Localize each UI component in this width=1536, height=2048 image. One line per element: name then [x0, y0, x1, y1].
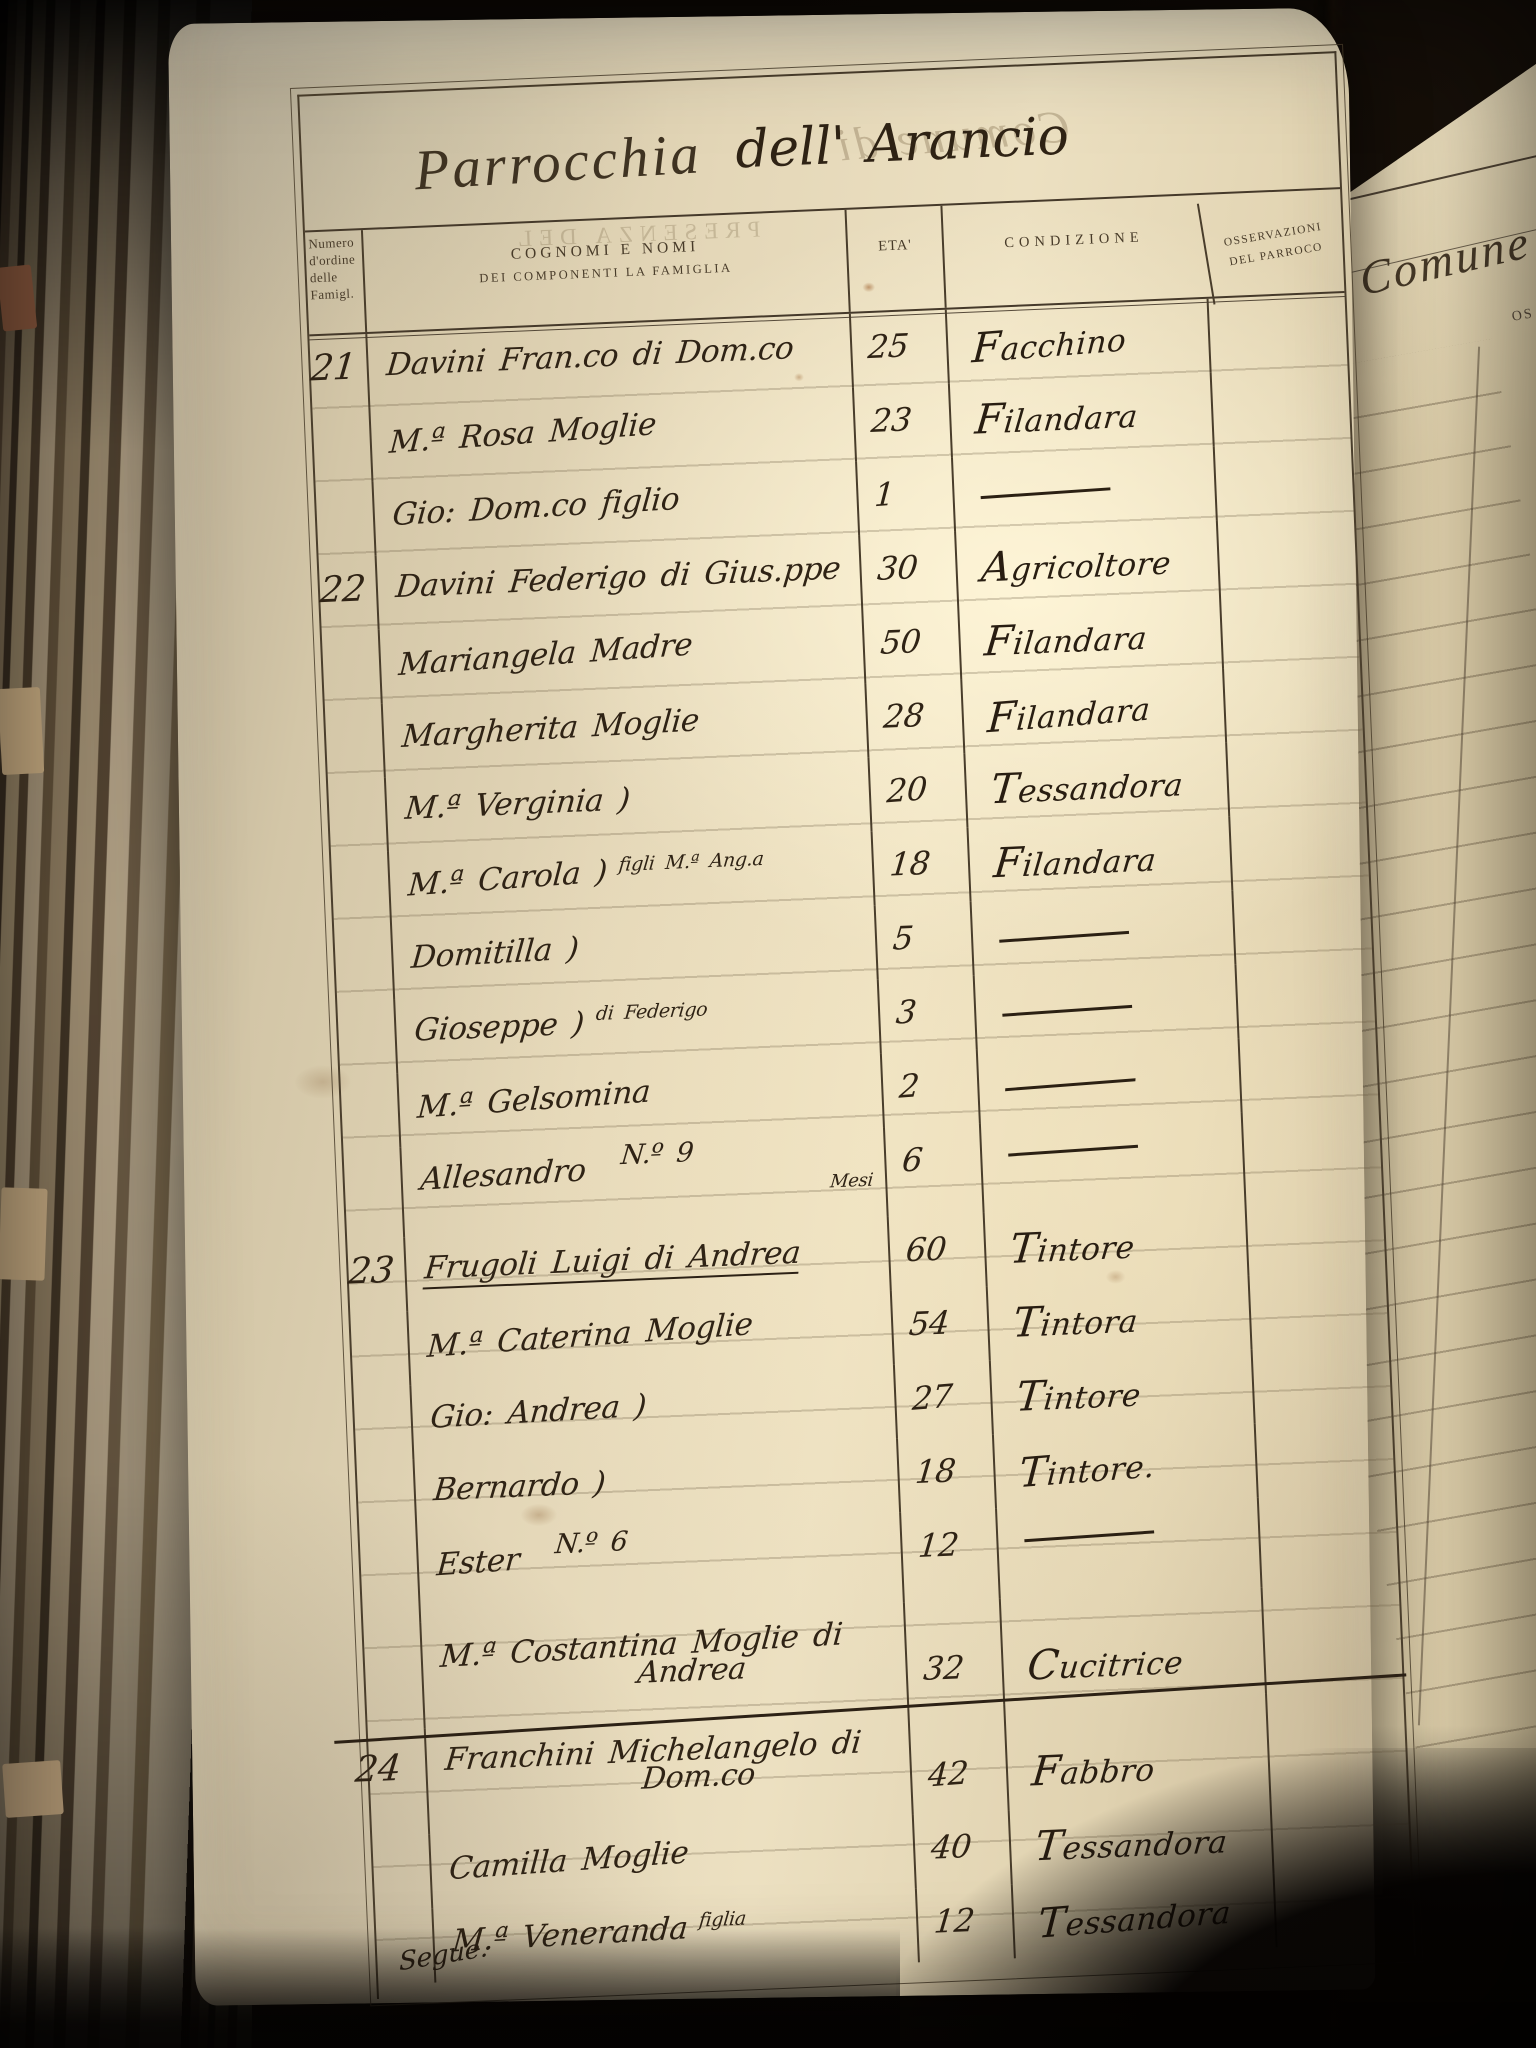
family-number: 23 — [347, 1250, 396, 1293]
page-title-handwritten: dell' Arancio — [734, 106, 1069, 180]
condition-cell: Tintore. — [992, 1424, 1257, 1509]
observations-cell — [1213, 441, 1354, 521]
age-value: 3 — [894, 993, 918, 1032]
age-cell: 18 — [896, 1435, 995, 1513]
age-value: 27 — [911, 1377, 954, 1418]
member-name: M.ª Caterina Moglie — [426, 1306, 754, 1365]
member-name-cell: Franchini Michelangelo di Dom.co — [424, 1709, 912, 1835]
family-number-cell — [322, 630, 381, 706]
family-number: 24 — [353, 1748, 402, 1791]
age-cell: 12 — [899, 1509, 999, 1603]
condition-value — [999, 931, 1129, 943]
member-name: Camilla Moglie — [448, 1834, 690, 1887]
age-value: 30 — [876, 548, 920, 588]
observations-cell — [1238, 1032, 1379, 1112]
member-name: Domitilla ) — [410, 930, 580, 976]
condition-cell — [951, 447, 1216, 532]
age-cell: 12 — [915, 1884, 1014, 1962]
member-name: Gioseppe ) — [413, 1005, 586, 1048]
condition-value: Filandara — [992, 832, 1159, 887]
torn-page-tab — [2, 1760, 64, 1818]
condition-value — [981, 487, 1111, 499]
age-value: 6 — [900, 1140, 924, 1179]
age-cell: 32 — [903, 1599, 1003, 1709]
condition-value: Fabbro — [1030, 1742, 1158, 1795]
family-number-cell — [360, 1533, 420, 1625]
member-name: M.ª Verginia ) — [403, 781, 631, 827]
age-cell: 27 — [893, 1361, 992, 1439]
member-name: M.ª Rosa Moglie — [388, 406, 657, 461]
member-name: Davini Federigo di Gius.ppe — [394, 550, 842, 605]
condition-cell: Fabbro — [1003, 1694, 1269, 1811]
member-name: Frugoli Luigi di Andrea — [423, 1235, 803, 1290]
observations-cell — [1234, 958, 1375, 1038]
observations-cell — [1244, 1196, 1385, 1276]
condition-value: Tintore — [1008, 1220, 1138, 1273]
register-rows: 21 Davini Fran.co di Dom.co 25 Facchino … — [309, 293, 1413, 1985]
age-cell: 60 — [887, 1213, 986, 1291]
family-number-cell — [328, 778, 387, 854]
condition-value: Filandara — [982, 610, 1149, 665]
age-cell: 40 — [912, 1810, 1011, 1888]
member-name: Gio: Andrea ) — [429, 1388, 648, 1436]
right-page-border-line — [1336, 147, 1536, 207]
condition-cell: Tintore — [983, 1202, 1248, 1287]
family-number-cell — [340, 1073, 399, 1149]
age-value: 2 — [898, 1066, 921, 1106]
observations-cell — [1257, 1492, 1399, 1588]
observations-cell — [1210, 367, 1351, 447]
right-page-observations-fragment: OS — [1511, 306, 1535, 326]
family-number-cell — [316, 482, 375, 558]
member-name: Allesandro — [419, 1152, 587, 1197]
family-number-cell: 24 — [368, 1729, 428, 1837]
family-number: 21 — [309, 346, 358, 389]
age-value: 28 — [882, 696, 926, 736]
family-number-cell: 22 — [319, 556, 378, 632]
age-value: 42 — [927, 1753, 970, 1794]
register-page: Comune di PRESENZA DEL Parrocchiadell' A… — [168, 8, 1376, 2006]
observations-cell — [1231, 885, 1372, 965]
age-cell: 42 — [907, 1705, 1007, 1815]
header-condition: CONDIZIONE — [940, 195, 1206, 308]
condition-cell: Tessandora — [963, 742, 1228, 827]
observations-cell — [1273, 1868, 1414, 1948]
age-cell: 30 — [858, 532, 957, 610]
observations-cell — [1207, 293, 1348, 373]
age-cell: 23 — [852, 384, 951, 462]
condition-cell: Filandara — [948, 373, 1213, 458]
age-value: 40 — [929, 1827, 973, 1867]
condition-cell: Tessandora — [1008, 1800, 1273, 1885]
condition-cell: Facchino — [945, 299, 1210, 384]
condition-value: Tintore — [1014, 1367, 1144, 1420]
right-page-heading: Comune — [1357, 214, 1534, 307]
family-number-cell — [331, 852, 390, 928]
member-name: Margherita Moglie — [400, 702, 700, 755]
condition-value: Cucitrice — [1025, 1635, 1186, 1690]
header-family-number: Numero d'ordine delle Famigl. — [305, 230, 365, 334]
condition-cell: Tessandora — [1011, 1873, 1276, 1958]
age-cell: 1 — [855, 458, 954, 536]
torn-page-tab — [0, 264, 37, 331]
age-value: 23 — [869, 400, 913, 440]
name-annotation: figli M.ª Ang.a — [617, 848, 764, 876]
register-table: Parrocchiadell' Arancio Numero d'ordine … — [297, 51, 1416, 1999]
member-name: Mariangela Madre — [397, 627, 693, 684]
age-cell: 20 — [867, 753, 966, 831]
condition-cell: Filandara — [957, 595, 1222, 680]
condition-cell — [973, 964, 1238, 1049]
observations-cell — [1228, 811, 1369, 891]
family-count-note: N.º 6 — [553, 1526, 628, 1560]
torn-page-tab — [0, 687, 44, 775]
family-number-cell — [325, 704, 384, 780]
condition-value — [1005, 1078, 1135, 1091]
condition-cell: Agricoltore — [954, 521, 1219, 606]
condition-cell: Filandara — [960, 668, 1225, 753]
family-number-cell: 21 — [309, 334, 368, 410]
age-value: 18 — [888, 844, 932, 884]
age-cell: 5 — [874, 901, 973, 979]
condition-cell: Filandara — [966, 816, 1231, 901]
age-value: 20 — [886, 769, 929, 810]
family-number-cell — [343, 1147, 403, 1239]
family-number-cell — [334, 926, 393, 1002]
age-value: 32 — [922, 1648, 966, 1688]
family-number-cell — [350, 1311, 409, 1387]
age-value: 25 — [866, 326, 910, 366]
torn-page-tab — [0, 1187, 48, 1281]
age-value: 18 — [914, 1451, 958, 1491]
age-cell: 50 — [861, 606, 960, 684]
condition-value: Facchino — [971, 312, 1128, 372]
condition-cell: Tintora — [986, 1276, 1251, 1361]
condition-cell — [995, 1498, 1261, 1599]
member-name: Ester — [435, 1541, 520, 1583]
condition-value: Tintora — [1011, 1293, 1141, 1346]
family-number-cell: 23 — [347, 1237, 406, 1313]
age-cell: 2 — [880, 1049, 979, 1127]
condition-value: Tessandora — [1033, 1814, 1230, 1870]
name-annotation: figlia — [698, 1907, 747, 1931]
observations-cell — [1241, 1106, 1383, 1202]
condition-value — [1002, 1005, 1132, 1017]
family-number-cell — [372, 1835, 431, 1911]
family-number-cell — [312, 408, 371, 484]
header-observations: OSSERVAZIONI DEL PARROCO — [1197, 181, 1350, 304]
condition-value: Tessandora — [989, 757, 1186, 813]
age-cell: 28 — [864, 679, 963, 757]
member-name: M.ª Carola ) — [407, 854, 608, 904]
age-value: 12 — [917, 1525, 961, 1565]
family-number-cell — [337, 999, 396, 1075]
condition-cell — [979, 1112, 1245, 1213]
observations-cell — [1265, 1688, 1407, 1800]
age-value: 50 — [879, 622, 923, 662]
observations-cell — [1251, 1344, 1392, 1424]
observations-cell — [1219, 589, 1360, 669]
header-names: COGNOMI E NOMI DEI COMPONENTI LA FAMIGLI… — [361, 210, 849, 332]
observations-cell — [1222, 663, 1363, 743]
condition-value: Tessandora — [1037, 1885, 1233, 1948]
age-value: 54 — [907, 1303, 951, 1343]
observations-cell — [1248, 1270, 1389, 1350]
condition-cell — [976, 1038, 1241, 1123]
condition-value — [1008, 1145, 1138, 1157]
member-name: Davini Fran.co di Dom.co — [385, 330, 795, 383]
observations-cell — [1254, 1418, 1395, 1498]
condition-value — [1024, 1530, 1154, 1542]
condition-value: Agricoltore — [979, 535, 1173, 591]
family-number-cell — [363, 1623, 423, 1731]
member-name: M.ª Gelsomina — [416, 1074, 652, 1126]
header-age: ETA' — [845, 206, 945, 312]
family-number-cell — [353, 1385, 412, 1461]
age-unit-note: Mesi — [829, 1170, 874, 1193]
age-value: 1 — [873, 475, 896, 515]
condition-value: Filandara — [973, 389, 1140, 444]
condition-cell — [970, 890, 1235, 975]
name-annotation: di Federigo — [594, 998, 708, 1025]
member-name: Gio: Dom.co figlio — [391, 481, 681, 533]
member-name: Bernardo ) — [432, 1465, 607, 1508]
age-cell: 3 — [877, 975, 976, 1053]
family-count-note: N.º 9 — [620, 1137, 695, 1171]
observations-cell — [1225, 737, 1366, 817]
condition-cell: Tintore — [989, 1350, 1254, 1435]
observations-cell — [1269, 1794, 1410, 1874]
page-title-printed: Parrocchia — [413, 121, 704, 203]
condition-value: Tintore. — [1018, 1439, 1157, 1498]
age-value: 12 — [932, 1901, 976, 1941]
age-value: 60 — [904, 1229, 948, 1269]
family-number: 22 — [318, 568, 367, 611]
observations-cell — [1216, 515, 1357, 595]
age-value: 5 — [891, 919, 915, 958]
age-cell: 18 — [871, 827, 970, 905]
age-cell: 25 — [849, 310, 948, 388]
condition-value: Filandara — [986, 682, 1152, 743]
family-number-cell — [356, 1459, 415, 1535]
age-cell: 6 — [883, 1123, 983, 1217]
age-cell: 54 — [890, 1287, 989, 1365]
